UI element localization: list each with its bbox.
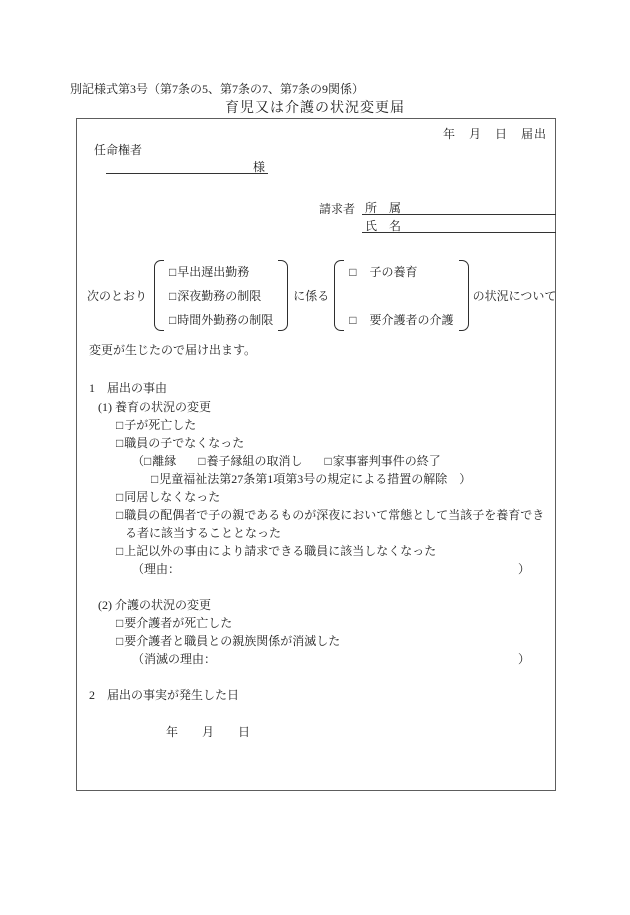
subsection1-heading: (1) 養育の状況の変更 [98,398,211,415]
paren-close: ） [459,470,471,487]
notification-statement: 変更が生じたので届け出ます。 [89,341,256,358]
checkbox-icon: □ [116,634,123,649]
detail-options-line2: □ 児童福祉法第27条第1項第3号の規定による措置の解除 ） [151,470,471,487]
affiliation-label: 所 属 [365,201,401,215]
appointer-label: 任命権者 [94,141,142,158]
form-number-line: 別記様式第3号（第7条の5、第7条の7、第7条の9関係） [70,80,364,97]
paren-close: ） [518,560,530,577]
work-option: □ 深夜勤務の制限 [169,287,273,304]
option-label: 児童福祉法第27条第1項第3号の規定による措置の解除 [159,470,447,487]
reason-label: （理由： [132,560,180,577]
option-label-continuation: る者に該当することとなった [125,524,281,541]
option-label: 同居しなくなった [124,488,220,505]
occurrence-date-line: 年 月 日 [166,723,250,740]
option-label: 職員の子でなくなった [124,434,244,451]
reason-field: （理由： ） [132,560,530,577]
care-option: □ 要介護者の介護 [349,311,453,328]
checkbox-icon: □ [116,418,123,433]
option-label: 養子縁組の取消し [207,452,303,469]
option-label: 深夜勤務の制限 [177,287,261,304]
checkbox-icon: □ [169,265,176,280]
checkbox-icon: □ [325,454,332,469]
appointer-name-field: 様 [106,158,268,174]
option-label: 早出遅出勤務 [177,263,249,280]
section1-heading: 1 届出の事由 [89,379,167,396]
left-bracket-icon [334,260,344,331]
care-options-list: □ 子の養育 □ 要介護者の介護 [344,260,458,331]
detail-options-line1: （ □ 離縁 □ 養子縁組の取消し □ 家事審判事件の終了 [132,452,441,469]
reason-label: （消滅の理由： [132,650,216,667]
detail-option: □ 離縁 [144,452,176,469]
checkbox-option: □ 同居しなくなった [116,488,220,505]
detail-option: □ 家事審判事件の終了 [325,452,441,469]
intro-clause-row: 次のとおり □ 早出遅出勤務 □ 深夜勤務の制限 □ 時間外勤務の制限 [87,259,556,331]
option-label: 要介護者の介護 [370,311,454,328]
name-label: 氏 名 [365,219,401,233]
page-title: 育児又は介護の状況変更届 [0,97,630,117]
checkbox-icon: □ [349,265,356,280]
checkbox-option: □ 職員の子でなくなった [116,434,244,451]
requester-block: 請求者 所 属 氏 名 [319,198,556,233]
option-label: 子が死亡した [124,416,196,433]
document-page: 別記様式第3号（第7条の5、第7条の7、第7条の9関係） 育児又は介護の状況変更… [0,0,630,915]
checkbox-icon: □ [116,544,123,559]
checkbox-option: □ 要介護者が死亡した [116,614,232,631]
option-label: 要介護者と職員との親族関係が消滅した [124,632,340,649]
intro-lead: 次のとおり [87,287,147,304]
intro-connector: に係る [293,287,329,304]
checkbox-icon: □ [169,313,176,328]
checkbox-option: □ 上記以外の事由により請求できる職員に該当しなくなった [116,542,436,559]
option-label: 子の養育 [370,263,418,280]
option-label: 職員の配偶者で子の親であるものが深夜において常態として当該子を養育でき [124,506,544,523]
care-option: □ 子の養育 [349,263,453,280]
requester-label: 請求者 [319,198,355,233]
name-field: 氏 名 [362,216,556,233]
subsection2-heading: (2) 介護の状況の変更 [98,596,211,613]
option-label: 離縁 [152,452,176,469]
option-label: 要介護者が死亡した [124,614,232,631]
option-label: 家事審判事件の終了 [333,452,441,469]
option-label: 上記以外の事由により請求できる職員に該当しなくなった [124,542,436,559]
checkbox-icon: □ [116,616,123,631]
section2-heading: 2 届出の事実が発生した日 [89,686,239,703]
care-options-group: □ 子の養育 □ 要介護者の介護 [334,260,468,331]
checkbox-icon: □ [349,313,356,328]
requester-fields: 所 属 氏 名 [362,198,556,233]
left-bracket-icon [154,260,164,331]
intro-tail: の状況について [473,287,557,304]
right-bracket-icon [278,260,288,331]
checkbox-icon: □ [151,472,158,487]
work-options-list: □ 早出遅出勤務 □ 深夜勤務の制限 □ 時間外勤務の制限 [164,260,278,331]
extinction-reason-field: （消滅の理由： ） [132,650,530,667]
checkbox-icon: □ [169,289,176,304]
checkbox-option: □ 子が死亡した [116,416,196,433]
detail-option: □ 養子縁組の取消し [198,452,302,469]
checkbox-icon: □ [116,436,123,451]
right-bracket-icon [459,260,469,331]
checkbox-icon: □ [198,454,205,469]
paren-close: ） [518,650,530,667]
work-option: □ 時間外勤務の制限 [169,311,273,328]
submission-date-line: 年 月 日 届出 [443,125,547,142]
form-border-box: 年 月 日 届出 任命権者 様 請求者 所 属 氏 名 次のとおり [76,118,556,791]
honorific-label: 様 [253,160,265,174]
work-options-group: □ 早出遅出勤務 □ 深夜勤務の制限 □ 時間外勤務の制限 [154,260,288,331]
checkbox-icon: □ [144,454,151,469]
checkbox-icon: □ [116,508,123,523]
affiliation-field: 所 属 [362,198,556,215]
checkbox-option: □ 職員の配偶者で子の親であるものが深夜において常態として当該子を養育でき [116,506,544,523]
checkbox-icon: □ [116,490,123,505]
work-option: □ 早出遅出勤務 [169,263,273,280]
option-label: 時間外勤務の制限 [177,311,273,328]
paren-open: （ [132,452,144,469]
checkbox-option: □ 要介護者と職員との親族関係が消滅した [116,632,340,649]
detail-option: □ 児童福祉法第27条第1項第3号の規定による措置の解除 [151,470,447,487]
